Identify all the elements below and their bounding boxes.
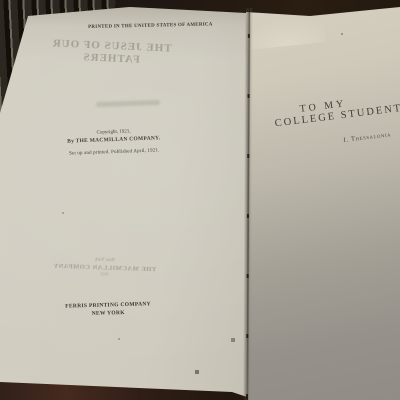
edition-line: Set up and printed. Published April, 192… bbox=[69, 147, 159, 156]
book-photo: PRINTED IN THE UNITED STATES OF AMERICA … bbox=[0, 0, 400, 400]
showthrough-title-line2: FATHERS bbox=[82, 50, 140, 65]
copyright-line: Copyright, 1921, bbox=[96, 128, 130, 135]
scripture-reference: I. Thessalonia bbox=[343, 130, 392, 144]
printing-company-city: NEW YORK bbox=[92, 310, 125, 317]
copyright-block: Copyright, 1921, By THE MACMILLAN COMPAN… bbox=[56, 127, 172, 157]
printing-company-name: FERRIS PRINTING COMPANY bbox=[65, 301, 151, 310]
printing-company-block: FERRIS PRINTING COMPANY NEW YORK bbox=[68, 301, 148, 318]
showthrough-smudge bbox=[96, 100, 160, 107]
printer-line: PRINTED IN THE UNITED STATES OF AMERICA bbox=[88, 21, 213, 30]
showthrough-imprint-year: 1921 bbox=[100, 271, 109, 277]
publisher-line: By THE MACMILLAN COMPANY. bbox=[67, 135, 160, 145]
page-specks bbox=[0, 0, 2, 2]
page-curl-highlight bbox=[244, 0, 326, 50]
showthrough-imprint: New York THE MACMILLAN COMPANY 1921 bbox=[49, 255, 160, 279]
showthrough-title: THE JESUS OF OUR FATHERS bbox=[56, 37, 167, 67]
